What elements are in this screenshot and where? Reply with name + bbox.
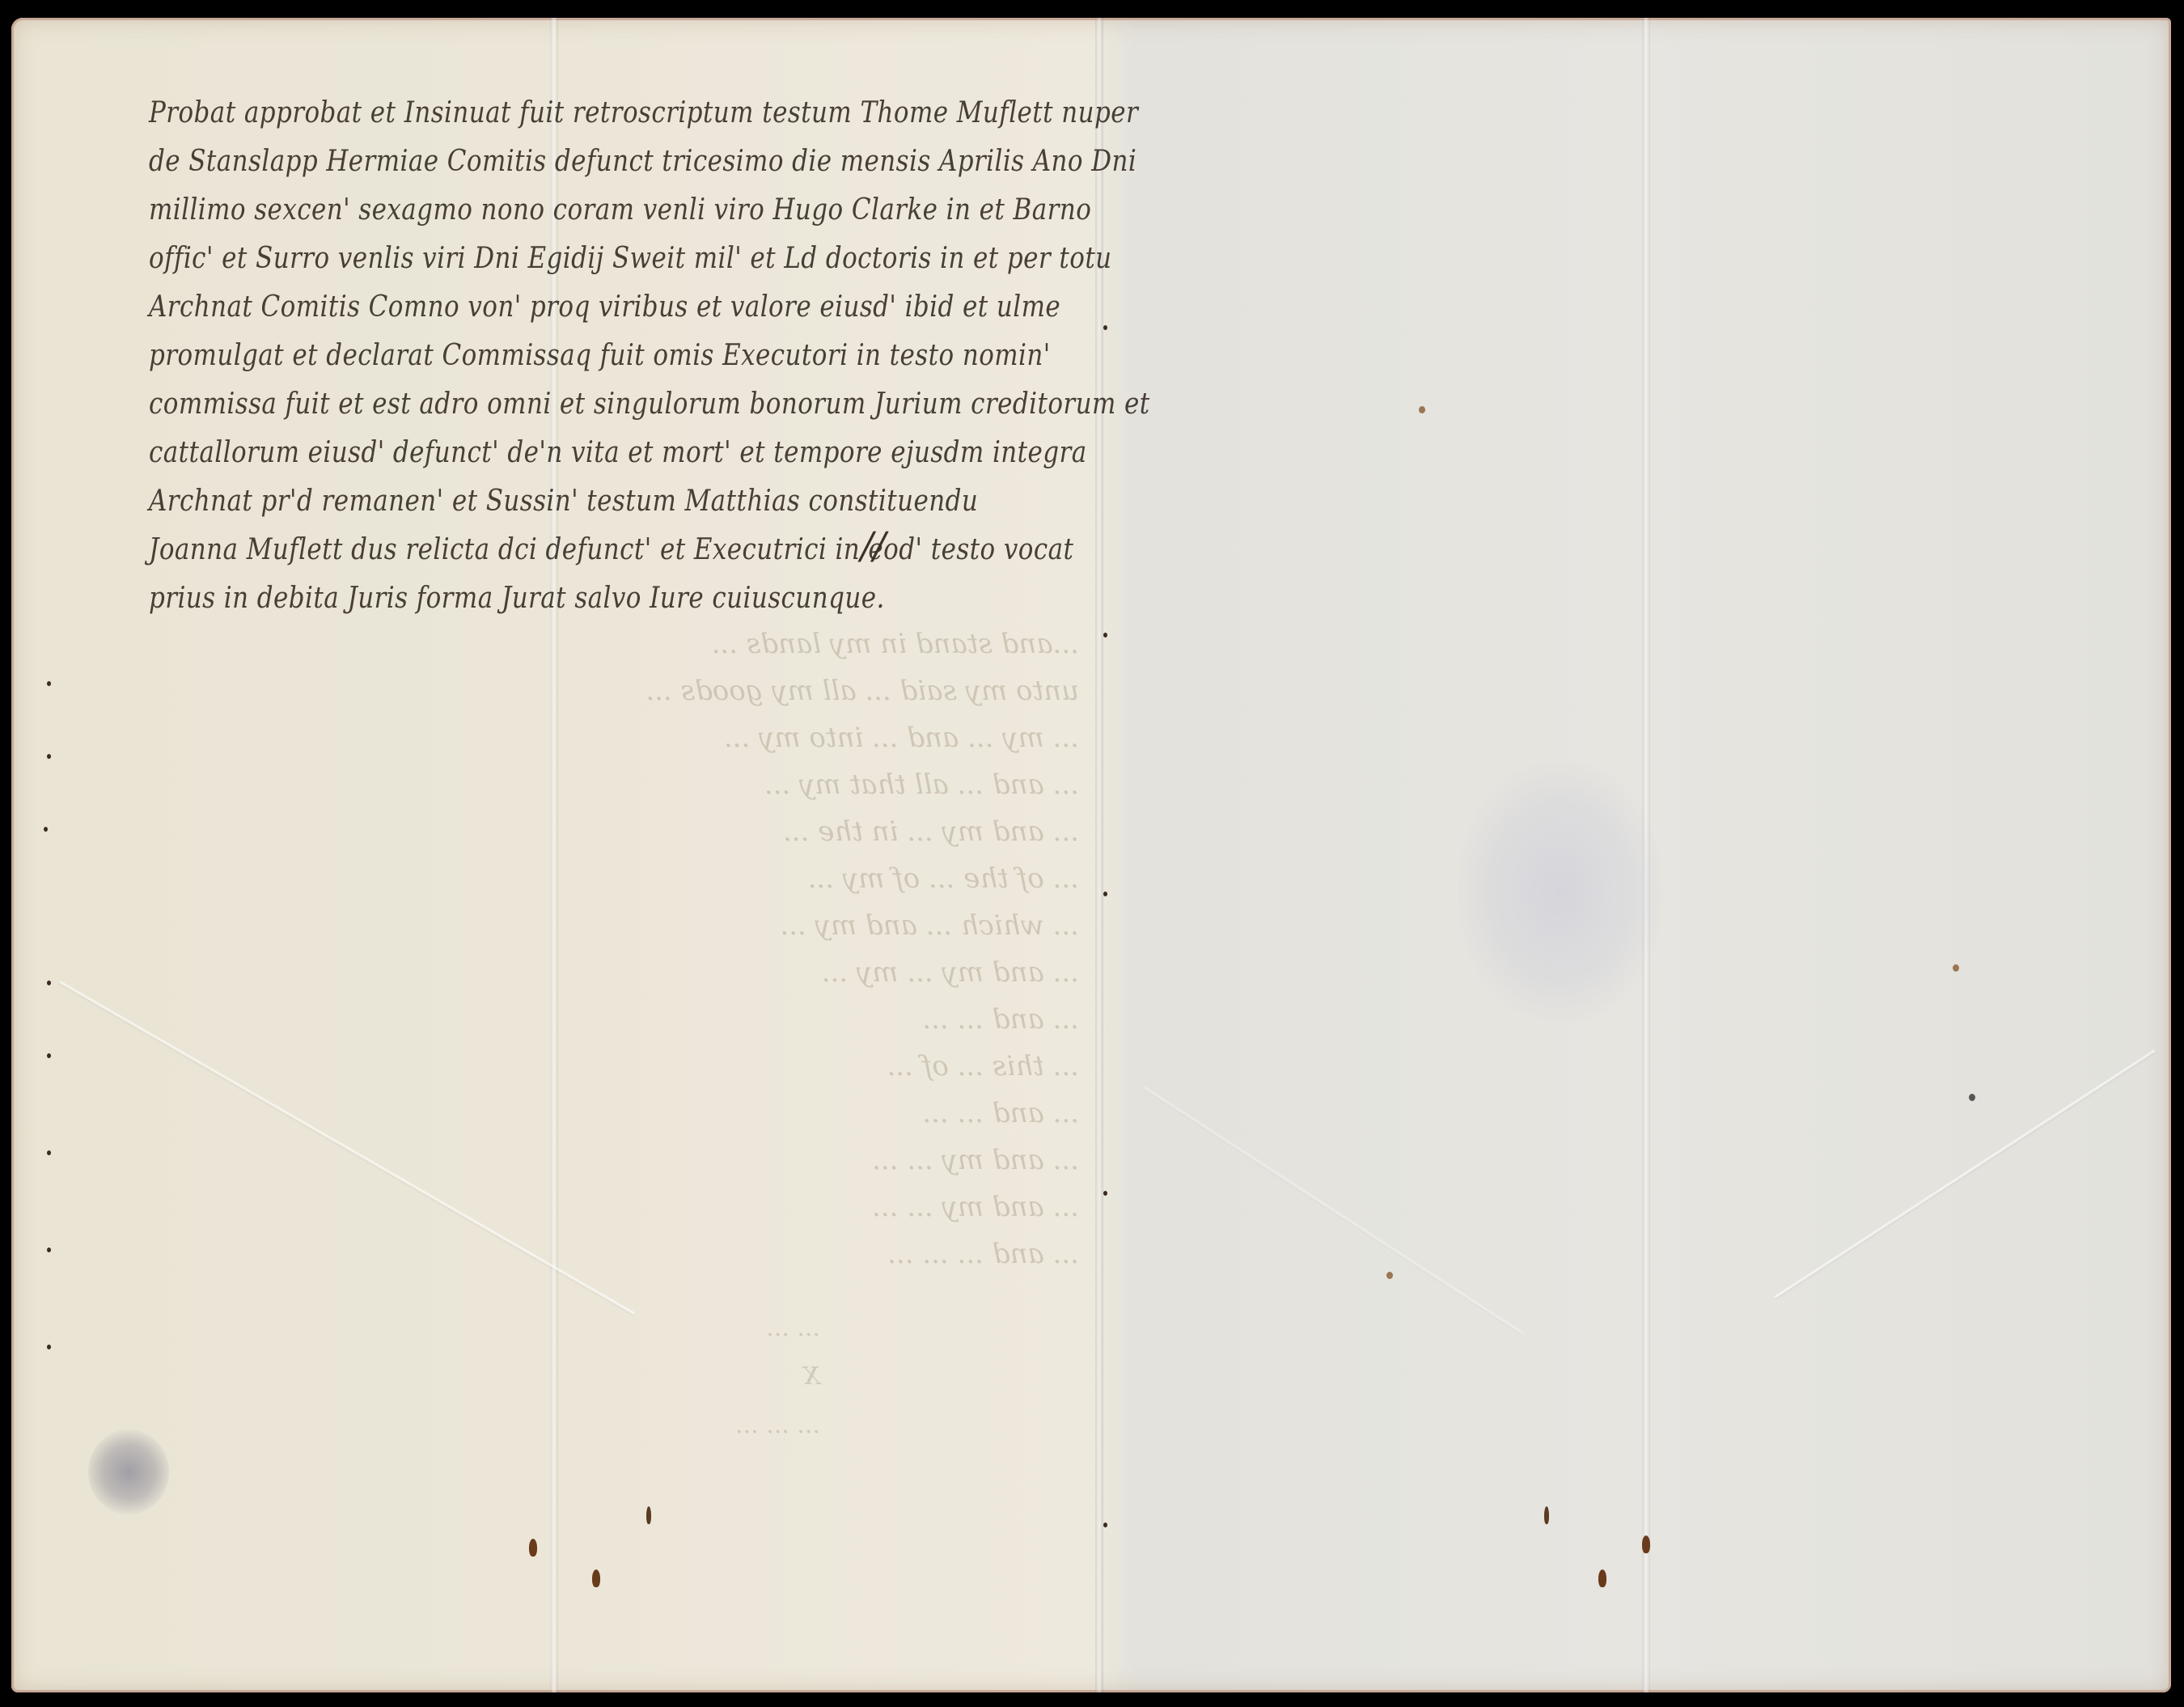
pinhole [1103,892,1107,896]
bleed-line: ... and ... ... ... [108,1230,1079,1277]
pinhole [47,681,51,686]
text-line: Archnat Comitis Comno von' proq viribus … [149,283,963,332]
closing-flourish: // [861,523,886,567]
bleed-line: ... my ... and ... into my ... [108,714,1079,761]
bleed-through-text: ...and stand in my lands ... unto my sai… [108,621,1079,1277]
text-line: cattallorum eiusd' defunct' de'n vita et… [149,429,963,477]
manuscript-sheet: ...and stand in my lands ... unto my sai… [11,18,2171,1692]
pinhole [1103,633,1107,637]
bleed-line: ... and ... ... [108,996,1079,1043]
signature-line: ... ... ... [254,1401,820,1450]
diagonal-crease-mid [1143,1086,1524,1335]
bleed-line: unto my said ... all my goods ... [108,667,1079,714]
pinhole [1103,1523,1107,1527]
torn-hole [529,1539,537,1557]
bleed-line: ... and ... ... [108,1090,1079,1137]
ink-spot [1419,406,1425,413]
bleed-through-signatures: ... ... X ... ... ... [254,1304,820,1450]
torn-hole [1642,1535,1650,1553]
bleed-line: ... and my ... ... [108,1137,1079,1184]
bleed-line: ... and my ... my ... [108,949,1079,996]
bleed-line: ...and stand in my lands ... [108,621,1079,667]
text-line: millimo sexcen' sexagmo nono coram venli… [149,186,963,235]
text-line: prius in debita Juris forma Jurat salvo … [149,574,963,623]
ink-spot [1969,1094,1975,1101]
torn-hole [1598,1569,1606,1587]
signature-mark: X [254,1353,820,1401]
bleed-line: ... and my ... in the ... [108,808,1079,855]
bleed-line: ... of the ... of my ... [108,855,1079,902]
text-line: de Stanslapp Hermiae Comitis defunct tri… [149,138,963,186]
torn-hole [1544,1506,1549,1524]
text-line: commissa fuit et est adro omni et singul… [149,380,963,429]
torn-hole [592,1569,600,1587]
bleed-line: ... and ... all that my ... [108,761,1079,808]
pinhole [47,1150,51,1155]
bleed-line: ... which ... and my ... [108,902,1079,949]
bleed-line: ... and my ... ... [108,1184,1079,1230]
ink-spot [1953,964,1959,972]
text-line: Archnat pr'd remanen' et Sussin' testum … [149,477,963,526]
torn-hole [646,1506,651,1524]
signature-line: ... ... [254,1304,820,1353]
pinhole [1103,325,1107,330]
text-line: offic' et Surro venlis viri Dni Egidij S… [149,235,963,283]
pinhole [47,754,51,759]
bleed-line: ... this ... of ... [108,1043,1079,1090]
faint-stamp-impression [1459,762,1661,1021]
text-line: Joanna Muflett dus relicta dci defunct' … [149,526,963,574]
fingerprint-smudge [88,1430,169,1514]
text-line: Probat approbat et Insinuat fuit retrosc… [149,89,963,138]
pinhole [47,1345,51,1349]
diagonal-crease-right [1774,1049,2155,1298]
pinhole [1103,1191,1107,1196]
probate-text: Probat approbat et Insinuat fuit retrosc… [149,89,1095,623]
text-line: promulgat et declarat Commissaq fuit omi… [149,332,963,380]
pinhole [44,827,48,832]
pinhole [47,981,51,985]
ink-spot [1386,1272,1393,1279]
pinhole [47,1247,51,1252]
pinhole [47,1053,51,1058]
